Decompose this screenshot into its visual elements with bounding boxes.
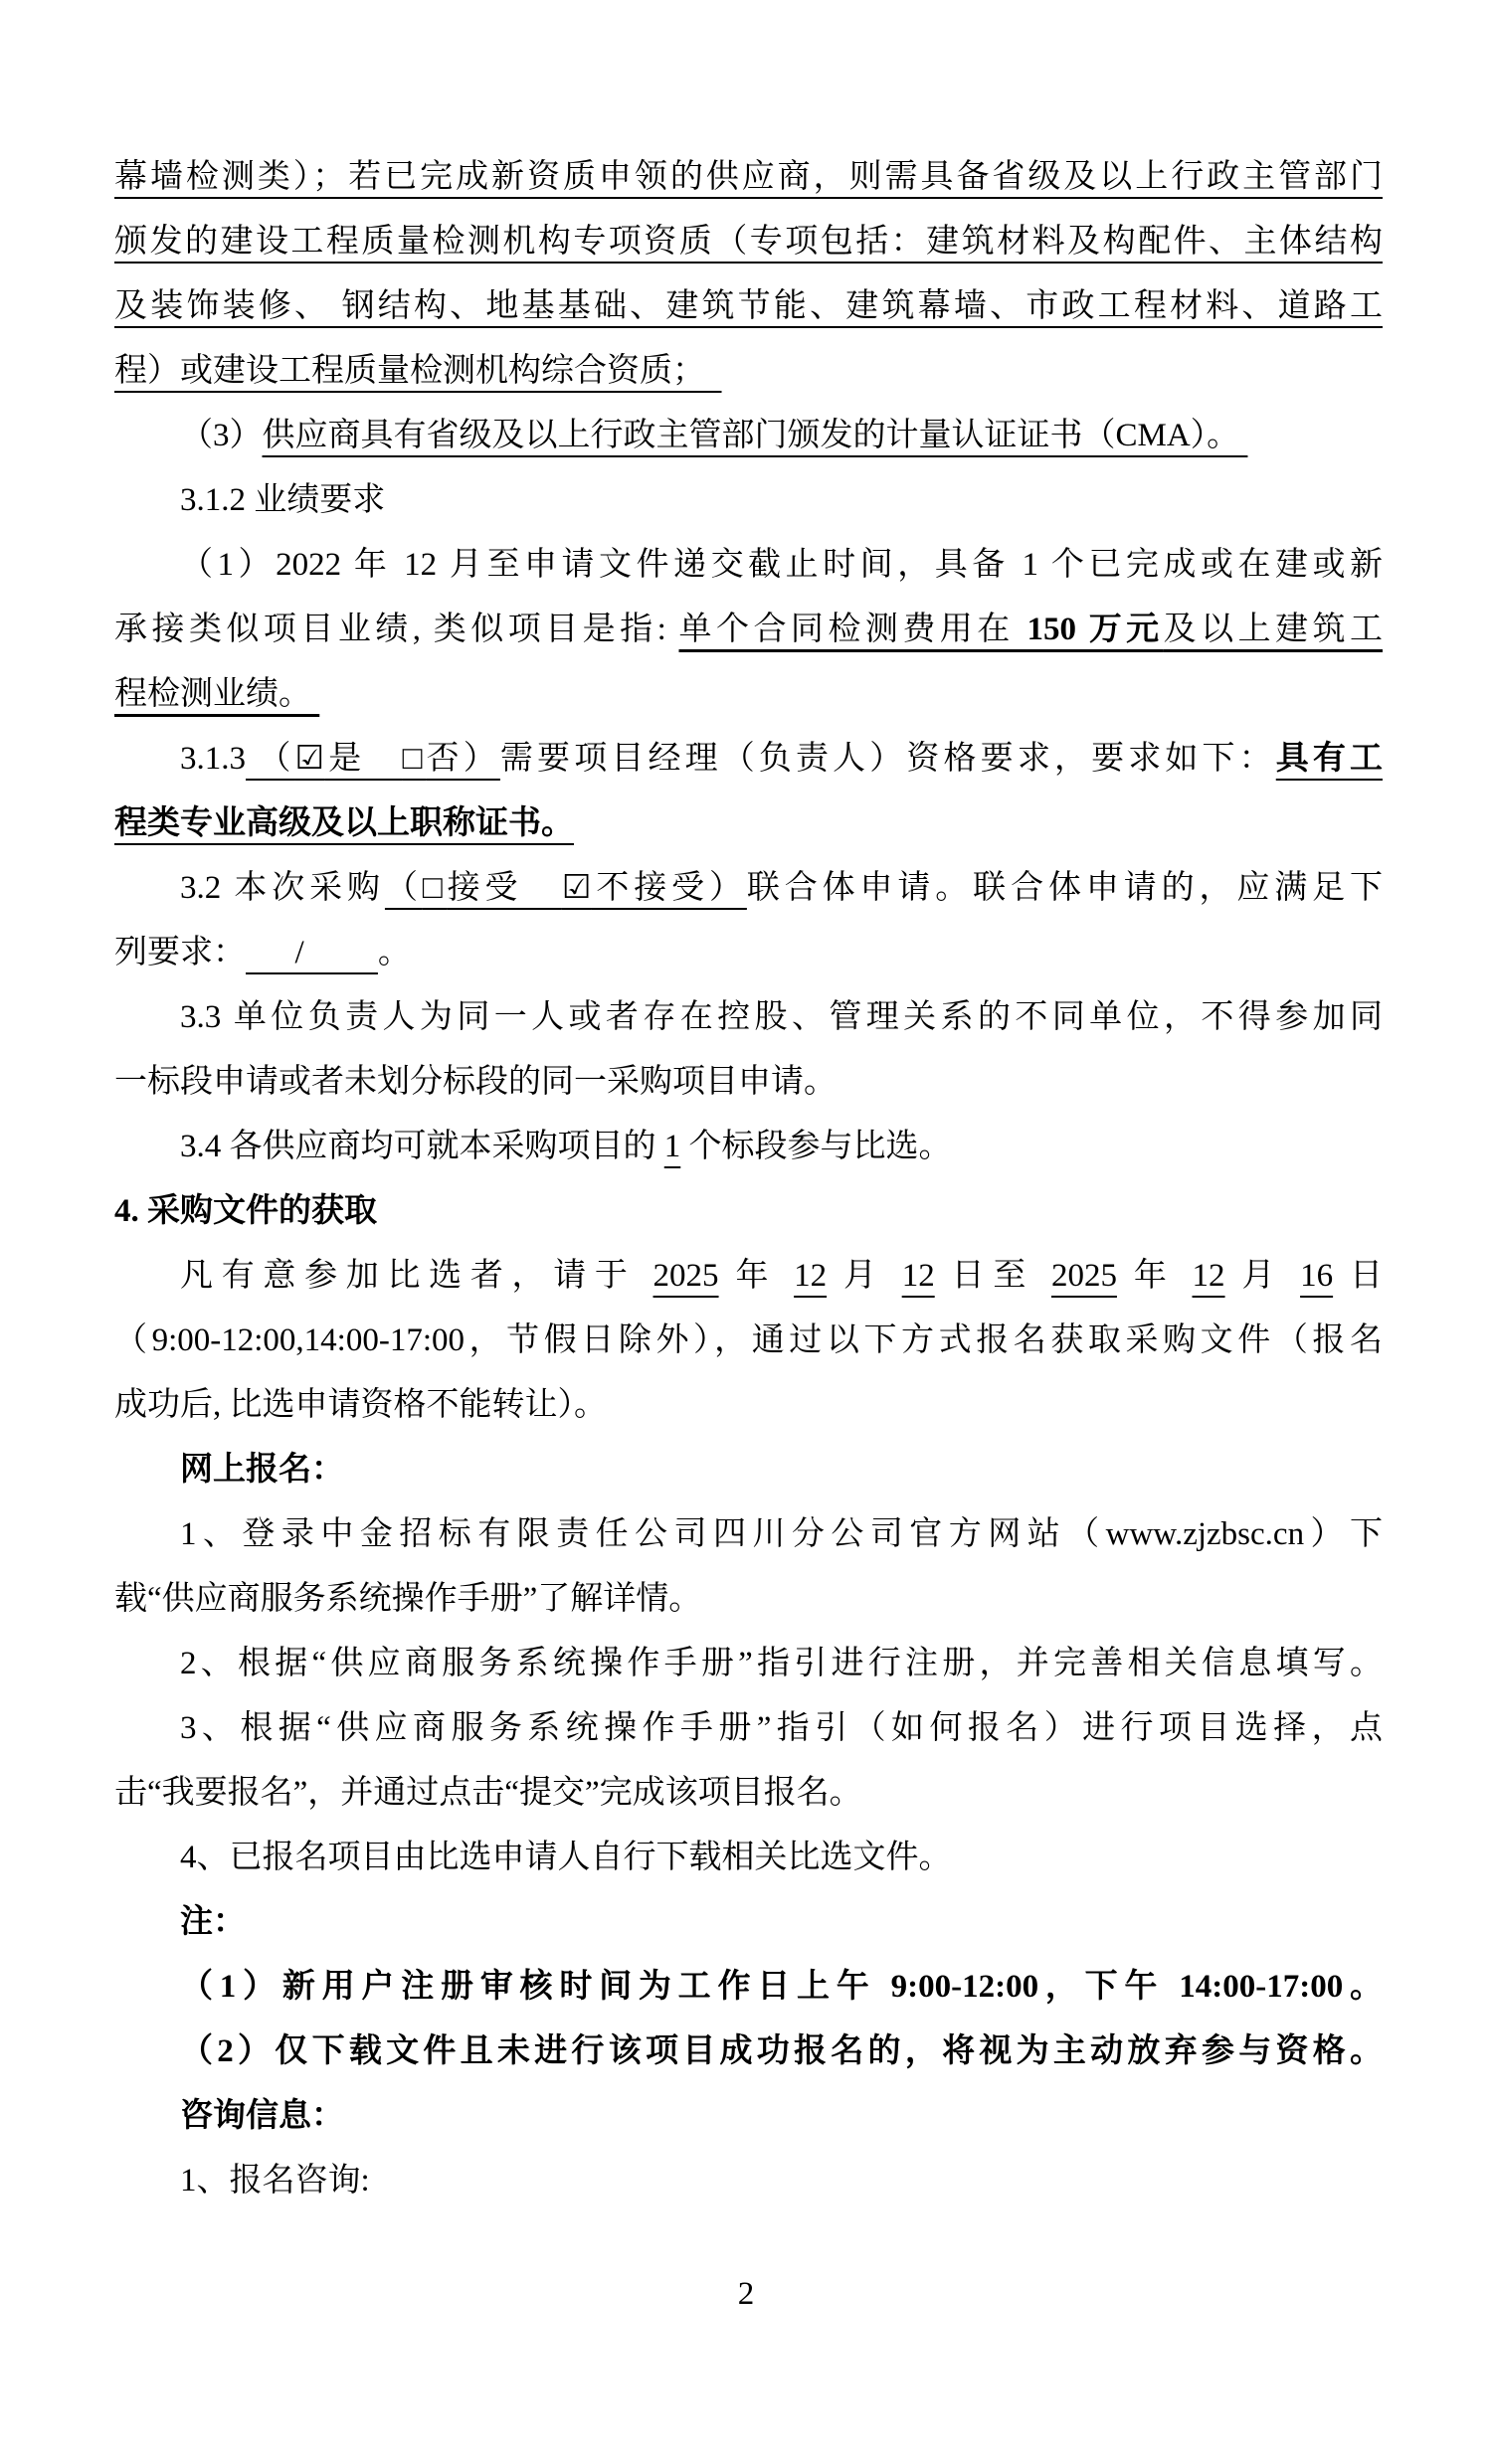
line-3-3-same-person: 3.3 单位负责人为同一人或者存在控股、管理关系的不同单位，不得参加同 bbox=[114, 985, 1383, 1050]
text-segment: 月 bbox=[1225, 1258, 1301, 1294]
text-segment: 需要项目经理（负责人）资格要求，要求如下： bbox=[500, 741, 1276, 777]
line-qualification-cont-2: 颁发的建设工程质量检测机构专项资质（专项包括：建筑材料及构配件、主体结构 bbox=[114, 210, 1383, 274]
line-obtain-hours: （9:00-12:00,14:00-17:00，节假日除外），通过以下方式报名获… bbox=[114, 1309, 1383, 1373]
line-reg-step-1-cont: 载“供应商服务系统操作手册”了解详情。 bbox=[114, 1567, 1383, 1632]
text-segment: 凡有意参加比选者，请于 bbox=[180, 1258, 653, 1294]
line-reg-step-1: 1、登录中金招标有限责任公司四川分公司官方网站（www.zjzbsc.cn）下 bbox=[114, 1502, 1383, 1567]
text-segment: 击“我要报名”，并通过点击“提交”完成该项目报名。 bbox=[114, 1775, 862, 1811]
text-segment: 注： bbox=[180, 1904, 246, 1940]
line-qualification-cont-1: 幕墙检测类）；若已完成新资质申领的供应商，则需具备省级及以上行政主管部门 bbox=[114, 145, 1383, 210]
text-segment: 载“供应商服务系统操作手册”了解详情。 bbox=[114, 1581, 701, 1617]
line-item-3-cma: （3）供应商具有省级及以上行政主管部门颁发的计量认证证书（CMA）。 bbox=[114, 404, 1383, 468]
text-segment: 月 bbox=[827, 1258, 902, 1294]
text-segment: 3.3 单位负责人为同一人或者存在控股、管理关系的不同单位，不得参加同 bbox=[180, 999, 1383, 1035]
section-4-heading: 4. 采购文件的获取 bbox=[114, 1179, 1383, 1244]
checkbox-unchecked-icon: □ bbox=[423, 870, 448, 906]
text-segment: 程）或建设工程质量检测机构综合资质； bbox=[114, 353, 722, 389]
note-heading: 注： bbox=[114, 1890, 1383, 1955]
text-segment: 2025 bbox=[653, 1258, 719, 1294]
text-segment: 及装饰装修、 钢结构、地基基础、建筑节能、建筑幕墙、市政工程材料、道路工 bbox=[114, 288, 1383, 324]
checkbox-checked-icon: ☑ bbox=[562, 870, 592, 906]
line-performance-req-2: 承接类似项目业绩, 类似项目是指: 单个合同检测费用在 150 万元及以上建筑工 bbox=[114, 598, 1383, 662]
text-segment: 日 bbox=[1333, 1258, 1383, 1294]
text-segment: （3） bbox=[180, 418, 263, 453]
text-segment: 个标段参与比选。 bbox=[680, 1129, 951, 1164]
text-segment: 3.1.3 bbox=[180, 741, 246, 777]
line-qualification-cont-4: 程）或建设工程质量检测机构综合资质； bbox=[114, 339, 1383, 404]
text-segment: 网上报名： bbox=[180, 1452, 344, 1488]
text-segment: 12 bbox=[794, 1258, 827, 1294]
line-performance-req-3: 程检测业绩。 bbox=[114, 662, 1383, 727]
page-number: 2 bbox=[0, 2270, 1492, 2318]
text-segment: 2025 bbox=[1051, 1258, 1117, 1294]
text-segment: 16 bbox=[1300, 1258, 1333, 1294]
checkbox-checked-icon: ☑ bbox=[295, 741, 325, 777]
line-obtain-hours-cont: 成功后, 比选申请资格不能转让）。 bbox=[114, 1373, 1383, 1438]
line-3-2-consortium-cont: 列要求： / 。 bbox=[114, 921, 1383, 985]
line-3-4-sections: 3.4 各供应商均可就本采购项目的 1 个标段参与比选。 bbox=[114, 1115, 1383, 1179]
text-segment: 成功后, 比选申请资格不能转让）。 bbox=[114, 1387, 607, 1423]
text-segment: （1）新用户注册审核时间为工作日上午 9:00-12:00，下午 14:00-1… bbox=[180, 1969, 1383, 2005]
text-segment: 列要求： bbox=[114, 935, 246, 970]
line-reg-step-4: 4、已报名项目由比选申请人自行下载相关比选文件。 bbox=[114, 1826, 1383, 1890]
line-note-2: （2）仅下载文件且未进行该项目成功报名的，将视为主动放弃参与资格。 bbox=[114, 2020, 1383, 2084]
consult-info-heading: 咨询信息： bbox=[114, 2084, 1383, 2149]
document-page: 幕墙检测类）；若已完成新资质申领的供应商，则需具备省级及以上行政主管部门颁发的建… bbox=[0, 0, 1492, 2464]
text-segment: 承接类似项目业绩, 类似项目是指: bbox=[114, 612, 679, 647]
text-segment: 幕墙检测类）；若已完成新资质申领的供应商，则需具备省级及以上行政主管部门 bbox=[114, 159, 1383, 195]
line-reg-step-2: 2、根据“供应商服务系统操作手册”指引进行注册，并完善相关信息填写。 bbox=[114, 1632, 1383, 1696]
line-3-1-3-manager-req: 3.1.3 （☑是 □否）需要项目经理（负责人）资格要求，要求如下：具有工 bbox=[114, 727, 1383, 792]
text-segment: 2、根据“供应商服务系统操作手册”指引进行注册，并完善相关信息填写。 bbox=[180, 1646, 1383, 1681]
text-segment: 。 bbox=[378, 935, 411, 970]
text-segment: 程类专业高级及以上职称证书。 bbox=[114, 805, 574, 841]
text-segment: （1）2022 年 12 月至申请文件递交截止时间，具备 1 个已完成或在建或新 bbox=[180, 547, 1383, 583]
online-registration-heading: 网上报名： bbox=[114, 1438, 1383, 1502]
text-segment: （ bbox=[246, 741, 295, 777]
text-segment: 接受 bbox=[448, 870, 562, 906]
text-segment: 4、已报名项目由比选申请人自行下载相关比选文件。 bbox=[180, 1840, 952, 1875]
text-segment: （2）仅下载文件且未进行该项目成功报名的，将视为主动放弃参与资格。 bbox=[180, 2033, 1383, 2069]
text-segment: 3、根据“供应商服务系统操作手册”指引（如何报名）进行项目选择，点 bbox=[180, 1710, 1383, 1746]
text-segment: 一标段申请或者未划分标段的同一采购项目申请。 bbox=[114, 1064, 837, 1100]
line-3-1-3-manager-req-cont: 程类专业高级及以上职称证书。 bbox=[114, 792, 1383, 856]
text-segment: 咨询信息： bbox=[180, 2098, 344, 2134]
checkbox-unchecked-icon: □ bbox=[403, 741, 427, 777]
line-obtain-date: 凡有意参加比选者，请于 2025 年 12 月 12 日至 2025 年 12 … bbox=[114, 1244, 1383, 1309]
text-segment: 是 bbox=[324, 741, 402, 777]
line-note-1: （1）新用户注册审核时间为工作日上午 9:00-12:00，下午 14:00-1… bbox=[114, 1955, 1383, 2020]
text-segment: （ bbox=[385, 870, 423, 906]
line-reg-step-3-cont: 击“我要报名”，并通过点击“提交”完成该项目报名。 bbox=[114, 1761, 1383, 1826]
text-segment: 3.1.2 业绩要求 bbox=[180, 482, 385, 518]
line-performance-req-1: （1）2022 年 12 月至申请文件递交截止时间，具备 1 个已完成或在建或新 bbox=[114, 533, 1383, 598]
text-segment: 12 bbox=[1193, 1258, 1225, 1294]
text-segment: （9:00-12:00,14:00-17:00，节假日除外），通过以下方式报名获… bbox=[114, 1322, 1383, 1358]
text-segment: / bbox=[246, 935, 378, 970]
line-reg-step-3: 3、根据“供应商服务系统操作手册”指引（如何报名）进行项目选择，点 bbox=[114, 1696, 1383, 1761]
text-segment: 3.4 各供应商均可就本采购项目的 bbox=[180, 1129, 664, 1164]
text-segment: 3.2 本次采购 bbox=[180, 870, 385, 906]
text-segment: 日至 bbox=[935, 1258, 1051, 1294]
text-segment: 单个合同检测费用在 bbox=[679, 612, 1027, 647]
line-consult-1: 1、报名咨询: bbox=[114, 2149, 1383, 2213]
text-segment: 1、登录中金招标有限责任公司四川分公司官方网站（www.zjzbsc.cn）下 bbox=[180, 1516, 1383, 1552]
line-3-2-consortium: 3.2 本次采购（□接受 ☑不接受）联合体申请。联合体申请的，应满足下 bbox=[114, 856, 1383, 921]
text-segment: 4. 采购文件的获取 bbox=[114, 1193, 377, 1229]
text-segment: 颁发的建设工程质量检测机构专项资质（专项包括：建筑材料及构配件、主体结构 bbox=[114, 224, 1383, 260]
text-segment: 150 万元 bbox=[1026, 612, 1163, 647]
text-segment: 及以上建筑工 bbox=[1164, 612, 1383, 647]
text-lines: 幕墙检测类）；若已完成新资质申领的供应商，则需具备省级及以上行政主管部门颁发的建… bbox=[114, 145, 1383, 2213]
section-3-1-2-heading: 3.1.2 业绩要求 bbox=[114, 468, 1383, 533]
text-segment: 年 bbox=[1117, 1258, 1193, 1294]
text-segment: 联合体申请。联合体申请的，应满足下 bbox=[747, 870, 1383, 906]
text-segment: 1、报名咨询: bbox=[180, 2163, 370, 2199]
text-segment: 不接受） bbox=[591, 870, 746, 906]
text-segment: 1 bbox=[664, 1129, 681, 1164]
text-segment: 程检测业绩。 bbox=[114, 676, 319, 712]
text-segment: 具有工 bbox=[1276, 741, 1383, 777]
text-segment: 年 bbox=[719, 1258, 795, 1294]
text-segment: 供应商具有省级及以上行政主管部门颁发的计量认证证书（CMA）。 bbox=[263, 418, 1248, 453]
text-segment: 12 bbox=[902, 1258, 935, 1294]
line-qualification-cont-3: 及装饰装修、 钢结构、地基基础、建筑节能、建筑幕墙、市政工程材料、道路工 bbox=[114, 274, 1383, 339]
text-segment: 否） bbox=[427, 741, 500, 777]
line-3-3-same-person-cont: 一标段申请或者未划分标段的同一采购项目申请。 bbox=[114, 1050, 1383, 1115]
